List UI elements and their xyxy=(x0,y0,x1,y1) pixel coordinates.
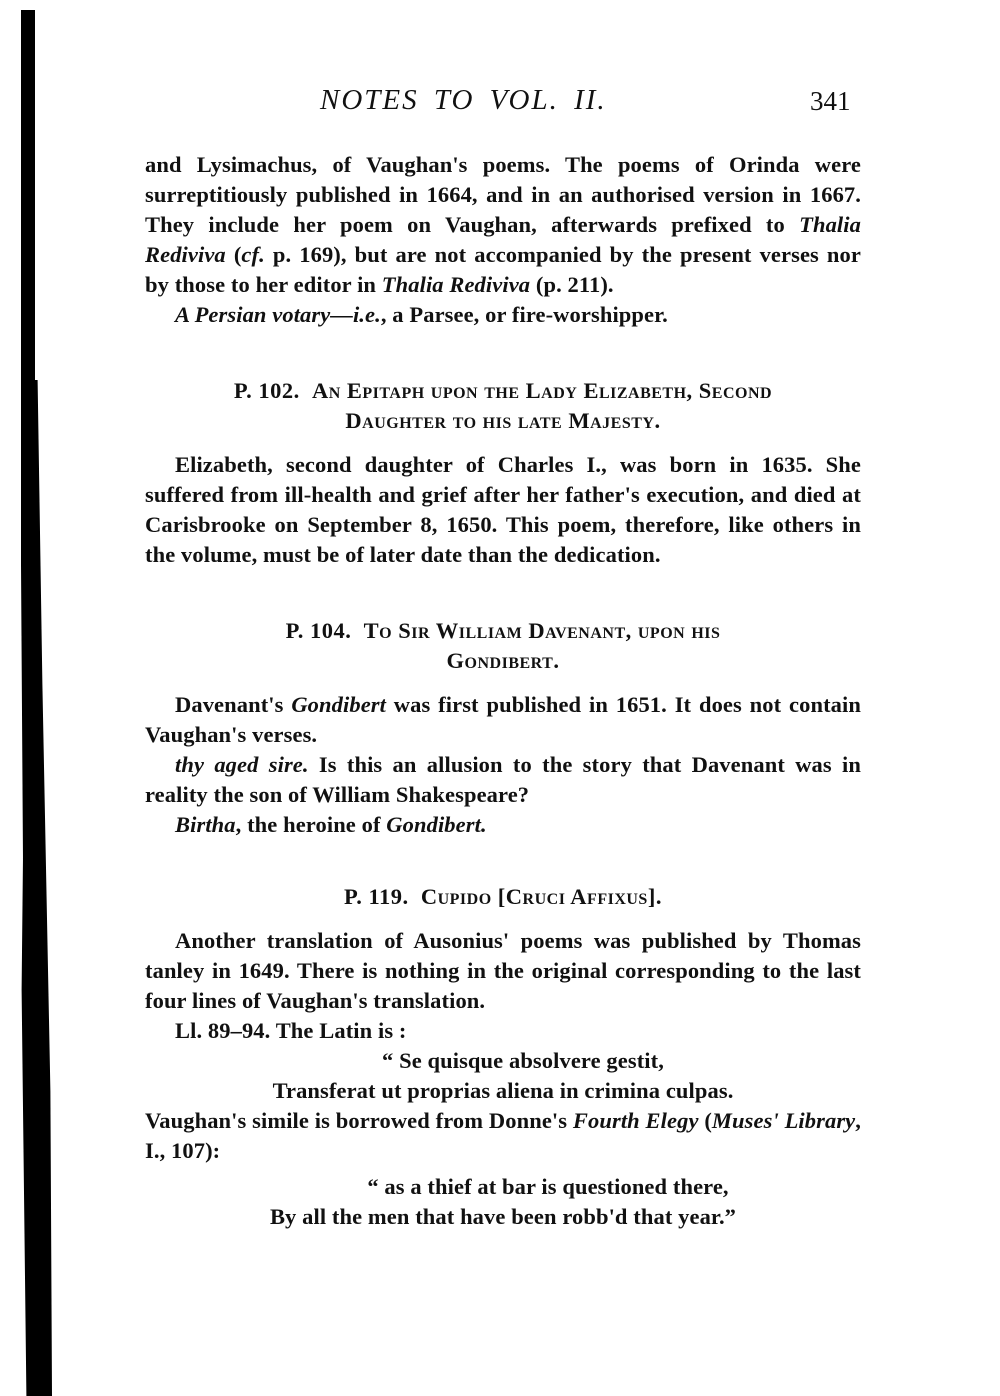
running-title: NOTES TO VOL. II. xyxy=(320,84,607,117)
work-title: Fourth Elegy xyxy=(573,1108,699,1133)
lines-note: Ll. 89–94. The Latin is : xyxy=(145,1016,861,1046)
page-body: and Lysimachus, of Vaughan's poems. The … xyxy=(145,150,861,1232)
gloss-term: thy aged sire. xyxy=(175,752,309,777)
donne-quote-line: “ as a thief at bar is questioned there, xyxy=(145,1172,861,1202)
gloss-term: Birtha xyxy=(175,812,236,837)
simile-note: Vaughan's simile is borrowed from Donne'… xyxy=(145,1106,861,1166)
work-title: Gondibert xyxy=(291,692,386,717)
work-title: Thalia Rediviva xyxy=(382,272,530,297)
page-ref: P. 119. xyxy=(344,884,409,909)
gloss-term: A Persian votary—i.e. xyxy=(175,302,381,327)
latin-quote-line: Transferat ut proprias aliena in crimina… xyxy=(145,1076,861,1106)
running-head: NOTES TO VOL. II. 341 xyxy=(0,84,1000,120)
section-heading-p119: P. 119. Cupido [Cruci Affixus]. xyxy=(145,882,861,912)
latin-quote-line: “ Se quisque absolvere gestit, xyxy=(145,1046,861,1076)
section-heading-p104: P. 104. To Sir William Davenant, upon hi… xyxy=(145,616,861,676)
section-heading-p102: P. 102. An Epitaph upon the Lady Elizabe… xyxy=(145,376,861,436)
page-ref: P. 102. xyxy=(234,378,300,403)
gloss-note: thy aged sire. Is this an allusion to th… xyxy=(145,750,861,810)
continuation-paragraph: and Lysimachus, of Vaughan's poems. The … xyxy=(145,150,861,300)
work-title: Muses' Library xyxy=(712,1108,855,1133)
section-body-p102: Elizabeth, second daughter of Charles I.… xyxy=(145,450,861,570)
page-ref: P. 104. xyxy=(286,618,352,643)
work-title: Gondibert. xyxy=(386,812,486,837)
gloss-note: A Persian votary—i.e., a Parsee, or fire… xyxy=(145,300,861,330)
section-body-p104: Davenant's Gondibert was first published… xyxy=(145,690,861,750)
gloss-note: Birtha, the heroine of Gondibert. xyxy=(145,810,861,840)
section-body-p119: Another translation of Ausonius' poems w… xyxy=(145,926,861,1016)
page-number: 341 xyxy=(810,86,851,117)
donne-quote-line: By all the men that have been robb'd tha… xyxy=(145,1202,861,1232)
